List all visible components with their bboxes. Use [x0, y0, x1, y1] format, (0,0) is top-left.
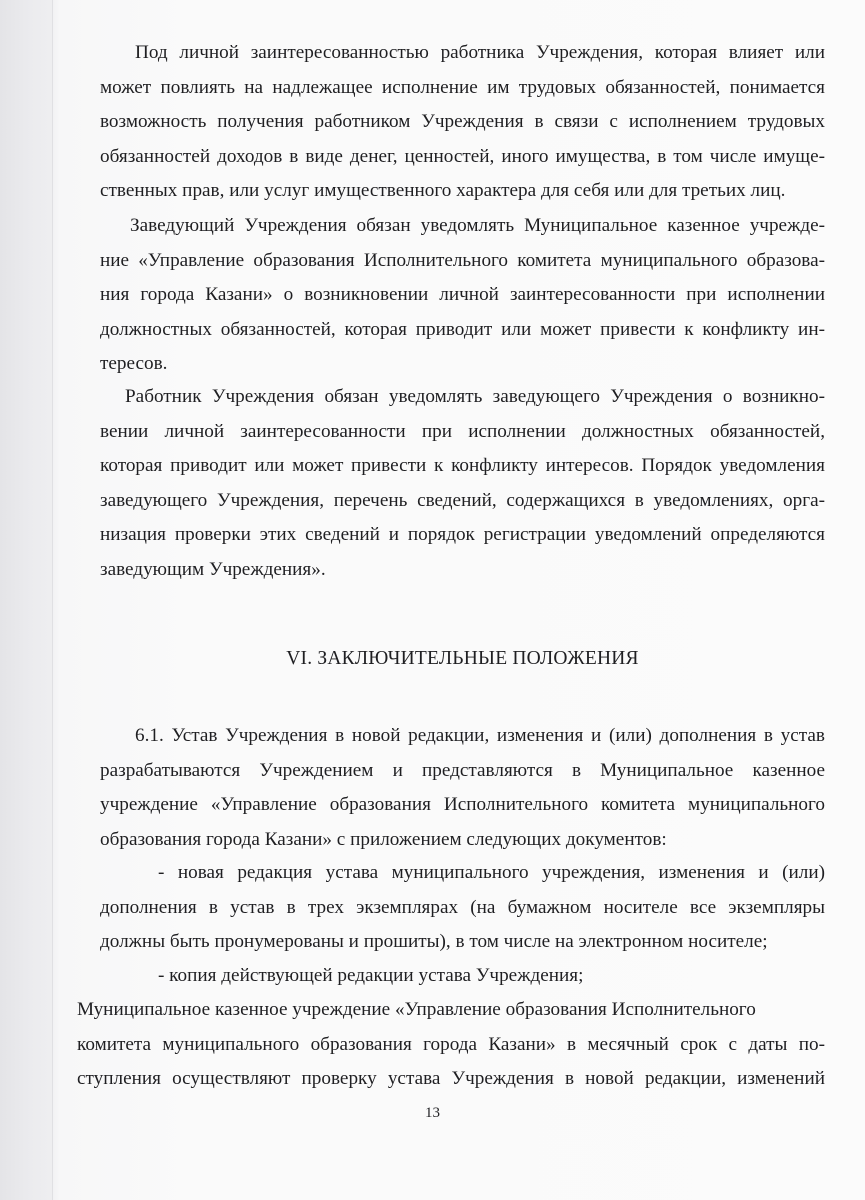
text-line: комитета муниципального образования горо…: [77, 1028, 825, 1063]
section-heading: VI. ЗАКЛЮЧИТЕЛЬНЫЕ ПОЛОЖЕНИЯ: [100, 648, 825, 670]
paragraph-head-notification: Заведующий Учреждения обязан уведомлять …: [100, 209, 825, 382]
text-line: возможность получения работником Учрежде…: [100, 105, 825, 140]
text-line: учреждение «Управление образования Испол…: [100, 788, 825, 823]
paragraph-employee-notification: Работник Учреждения обязан уведомлять за…: [100, 380, 825, 587]
clause-6-1: 6.1. Устав Учреждения в новой редакции, …: [100, 719, 825, 857]
text-line: образования города Казани» с приложением…: [100, 823, 825, 858]
text-line: Под личной заинтересованностью работника…: [100, 36, 825, 71]
text-line: может повлиять на надлежащее исполнение …: [100, 71, 825, 106]
binding-edge-shadow: [0, 0, 53, 1200]
text-line: тересов.: [100, 347, 825, 382]
scanned-document-page: Под личной заинтересованностью работника…: [0, 0, 865, 1200]
text-line: Работник Учреждения обязан уведомлять за…: [100, 380, 825, 415]
text-line: низация проверки этих сведений и порядок…: [100, 518, 825, 553]
text-line: 6.1. Устав Учреждения в новой редакции, …: [100, 719, 825, 754]
text-line: - копия действующей редакции устава Учре…: [100, 959, 825, 994]
list-item-new-charter: - новая редакция устава муниципального у…: [100, 856, 825, 960]
text-line: дополнения в устав в трех экземплярах (н…: [100, 891, 825, 926]
paragraph-personal-interest: Под личной заинтересованностью работника…: [100, 36, 825, 209]
text-line: должны быть пронумерованы и прошиты), в …: [100, 925, 825, 960]
text-line: вении личной заинтересованности при испо…: [100, 415, 825, 450]
text-line: ступления осуществляют проверку устава У…: [77, 1062, 825, 1097]
text-line: ственных прав, или услуг имущественного …: [100, 174, 825, 209]
text-line: ния города Казани» о возникновении лично…: [100, 278, 825, 313]
page-number: 13: [0, 1105, 865, 1122]
text-line: обязанностей доходов в виде денег, ценно…: [100, 140, 825, 175]
list-item-current-charter-copy: - копия действующей редакции устава Учре…: [100, 959, 825, 994]
text-line: которая приводит или может привести к ко…: [100, 449, 825, 484]
text-line: Муниципальное казенное учреждение «Управ…: [77, 993, 825, 1028]
text-line: заведующим Учреждения».: [100, 553, 825, 588]
text-line: разрабатываются Учреждением и представля…: [100, 754, 825, 789]
paragraph-review-period: Муниципальное казенное учреждение «Управ…: [77, 993, 825, 1097]
text-line: ние «Управление образования Исполнительн…: [100, 244, 825, 279]
text-line: заведующего Учреждения, перечень сведени…: [100, 484, 825, 519]
text-line: должностных обязанностей, которая привод…: [100, 313, 825, 348]
text-line: - новая редакция устава муниципального у…: [100, 856, 825, 891]
text-line: Заведующий Учреждения обязан уведомлять …: [100, 209, 825, 244]
